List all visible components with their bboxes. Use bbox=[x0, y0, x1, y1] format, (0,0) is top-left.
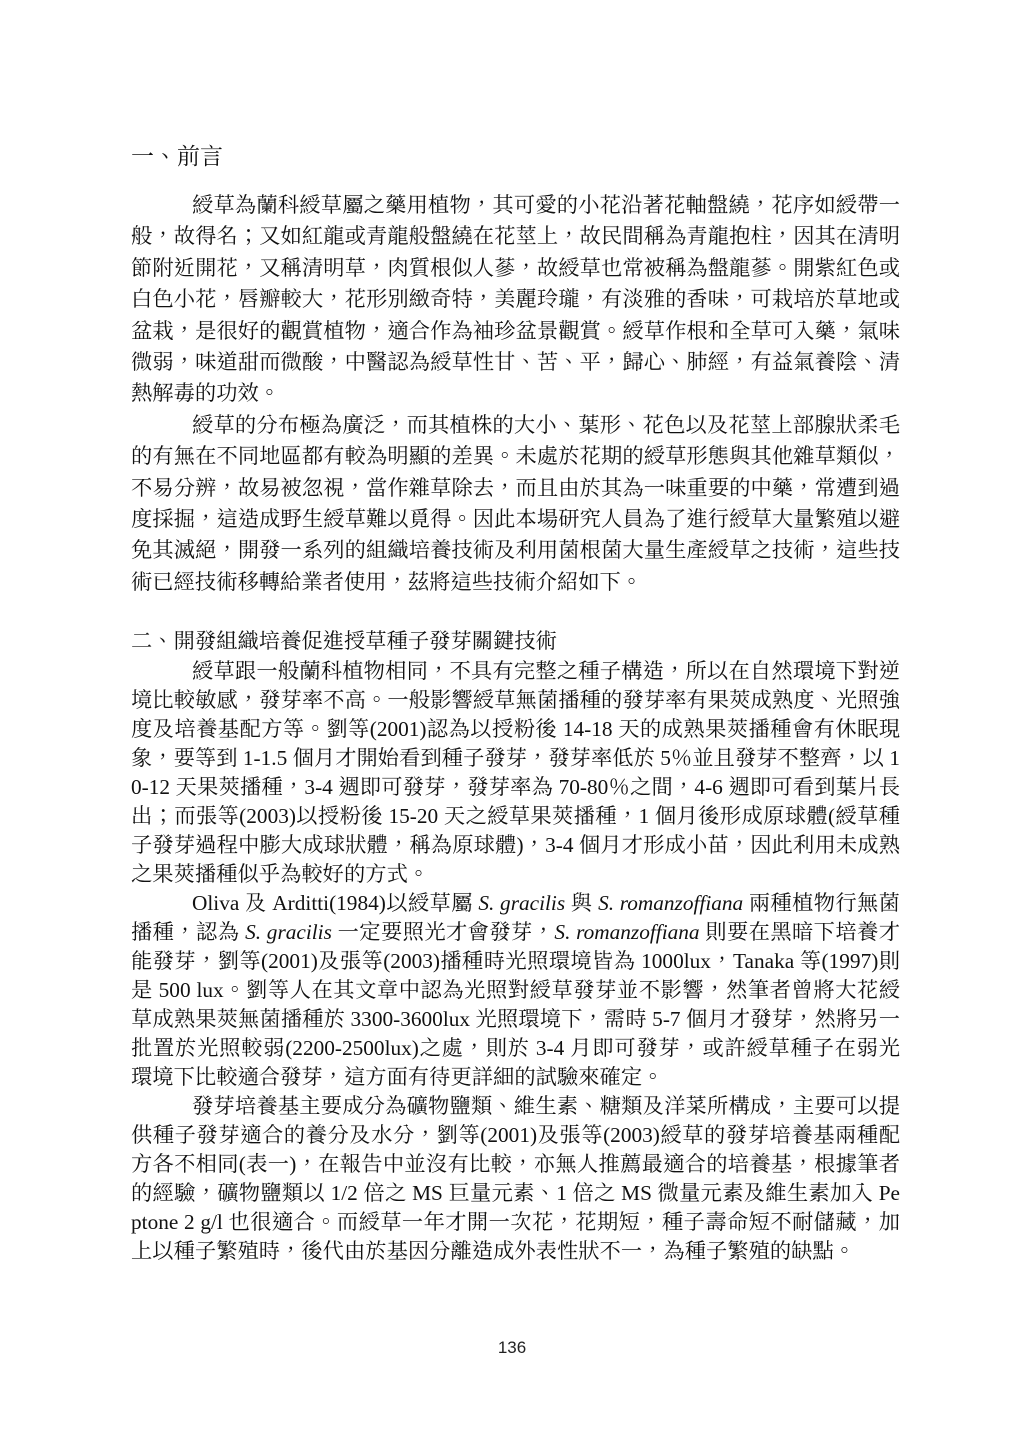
text-run: Oliva 及 Arditti(1984)以綬草屬 bbox=[192, 891, 478, 915]
paragraph: Oliva 及 Arditti(1984)以綬草屬 S. gracilis 與 … bbox=[131, 889, 900, 1092]
text-run: 綬草的分布極為廣泛，而其植株的大小、葉形、花色以及花莖上部腺狀柔毛的有無在不同地… bbox=[131, 413, 900, 594]
section-2-heading: 二、開發組織培養促進授草種子發芽關鍵技術 bbox=[131, 626, 900, 657]
text-run: 綬草為蘭科綬草屬之藥用植物，其可愛的小花沿著花軸盤繞，花序如綬帶一般，故得名；又… bbox=[131, 193, 900, 405]
text-run: 發芽培養基主要成分為礦物鹽類、維生素、糖類及洋菜所構成，主要可以提供種子發芽適合… bbox=[131, 1094, 900, 1263]
paragraph: 綬草的分布極為廣泛，而其植株的大小、葉形、花色以及花莖上部腺狀柔毛的有無在不同地… bbox=[131, 410, 900, 598]
text-run: 一定要照光才會發芽， bbox=[332, 920, 555, 944]
text-run: 則要在黑暗下培養才能發芽，劉等(2001)及張等(2003)播種時光照環境皆為 … bbox=[131, 920, 900, 1089]
document-body: 一、前言綬草為蘭科綬草屬之藥用植物，其可愛的小花沿著花軸盤繞，花序如綬帶一般，故… bbox=[131, 143, 900, 1266]
section-1-heading: 一、前言 bbox=[131, 143, 900, 170]
species-name: S. romanzoffiana bbox=[554, 920, 699, 944]
page-number: 136 bbox=[0, 1338, 1024, 1358]
text-run: 綬草跟一般蘭科植物相同，不具有完整之種子構造，所以在自然環境下對逆境比較敏感，發… bbox=[131, 659, 900, 886]
section-1: 一、前言綬草為蘭科綬草屬之藥用植物，其可愛的小花沿著花軸盤繞，花序如綬帶一般，故… bbox=[131, 143, 900, 598]
paragraph: 發芽培養基主要成分為礦物鹽類、維生素、糖類及洋菜所構成，主要可以提供種子發芽適合… bbox=[131, 1092, 900, 1266]
section-2: 二、開發組織培養促進授草種子發芽關鍵技術綬草跟一般蘭科植物相同，不具有完整之種子… bbox=[131, 626, 900, 1266]
document-page: 一、前言綬草為蘭科綬草屬之藥用植物，其可愛的小花沿著花軸盤繞，花序如綬帶一般，故… bbox=[0, 0, 1024, 1448]
species-name: S. gracilis bbox=[478, 891, 565, 915]
text-run: 與 bbox=[565, 891, 598, 915]
species-name: S. gracilis bbox=[245, 920, 332, 944]
paragraph: 綬草為蘭科綬草屬之藥用植物，其可愛的小花沿著花軸盤繞，花序如綬帶一般，故得名；又… bbox=[131, 190, 900, 410]
species-name: S. romanzoffiana bbox=[598, 891, 743, 915]
paragraph: 綬草跟一般蘭科植物相同，不具有完整之種子構造，所以在自然環境下對逆境比較敏感，發… bbox=[131, 657, 900, 889]
